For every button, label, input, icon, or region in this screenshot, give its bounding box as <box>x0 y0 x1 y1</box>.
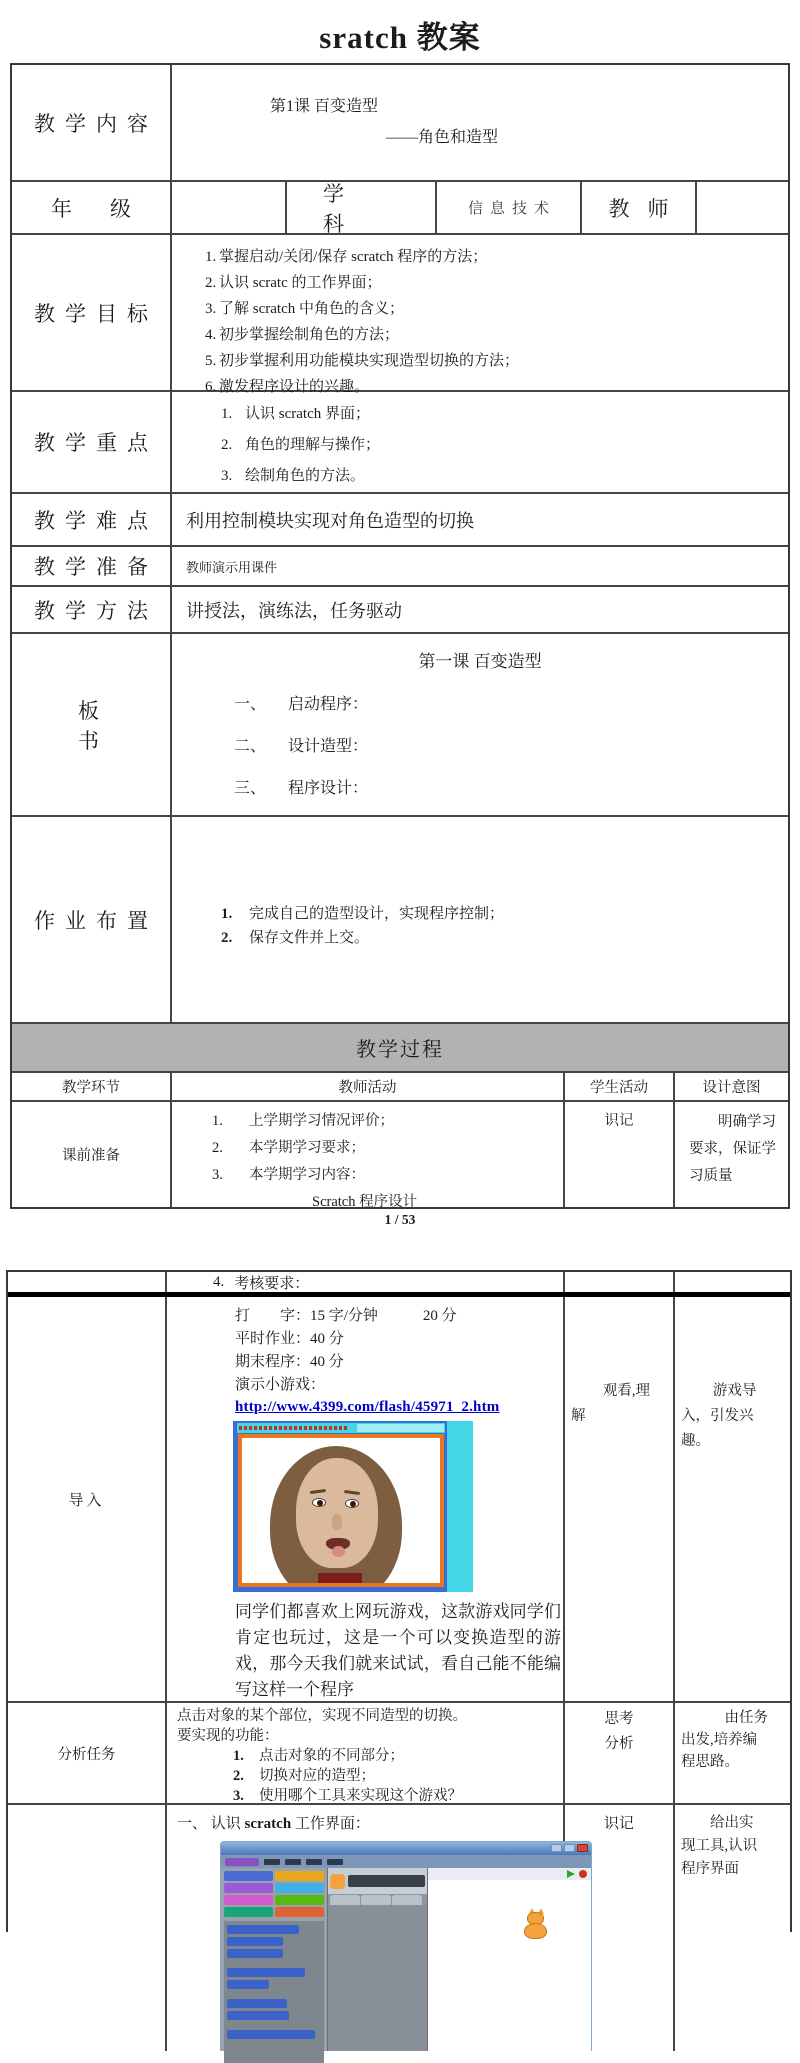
item-number: 2. <box>221 430 245 461</box>
editor-tabs <box>328 1894 427 1905</box>
tab-costumes <box>361 1895 391 1905</box>
item-text: 认识 scratch 界面； <box>245 399 370 430</box>
item-text: 切换对应的造型； <box>259 1766 375 1786</box>
eye <box>312 1498 326 1507</box>
game-screenshot <box>233 1421 473 1592</box>
row-objectives: 教学目标 1.掌握启动/关闭/保存 scratch 程序的方法； 2.认识 sc… <box>12 233 788 390</box>
intro-paragraph: 同学们都喜欢上网玩游戏，这款游戏同学们肯定也玩过，这是一个可以变换造型的游戏，那… <box>235 1599 561 1703</box>
item-text: 使用哪个工具来实现这个游戏？ <box>259 1786 462 1806</box>
stage-name: 课前准备 <box>12 1102 172 1207</box>
game-caption-text <box>239 1426 347 1430</box>
header-student-activity: 学生活动 <box>565 1073 675 1100</box>
list-item: 2.保存文件并上交。 <box>172 926 788 950</box>
nose <box>332 1514 342 1530</box>
score-line: 打 字：15 字/分钟 20 分 <box>235 1305 563 1328</box>
pupil <box>350 1501 356 1507</box>
row-homework: 作业布置 1.完成自己的造型设计，实现程序控制； 2.保存文件并上交。 <box>12 815 788 1022</box>
list-item: 2.角色的理解与操作； <box>172 430 788 461</box>
scratch-cat-sprite <box>524 1910 550 1932</box>
item-text: 初步掌握利用功能模块实现造型切换的方法； <box>219 348 519 374</box>
stage-name: 导入 <box>8 1297 167 1701</box>
method-text: 讲授法，演练法，任务驱动 <box>172 587 788 632</box>
exam-requirements-text: 考核要求： <box>234 1272 309 1293</box>
item-number: 2. <box>172 1135 249 1162</box>
pupil <box>317 1500 323 1506</box>
item-number: 2. <box>172 270 219 296</box>
block-category-panel <box>221 1868 327 1932</box>
row-meta: 年级 学科 信息技术 教师 <box>12 180 788 233</box>
game-border-strip <box>447 1421 473 1592</box>
scratch-window-screenshot <box>220 1841 592 1932</box>
student-activity: 观看,理 解 <box>565 1379 673 1429</box>
category-sensing <box>275 1883 324 1893</box>
script-panel <box>327 1868 427 1932</box>
item-number: 1. <box>172 1108 249 1135</box>
category-pen <box>224 1907 273 1917</box>
item-text: 程序设计： <box>288 775 368 798</box>
item-text: 上学期学习情况评价； <box>249 1108 394 1135</box>
list-item: 二、设计造型： <box>172 733 788 756</box>
item-text: 设计造型： <box>288 733 368 756</box>
list-item: 3.了解 scratch 中角色的含义； <box>172 296 788 322</box>
shirt <box>318 1573 362 1583</box>
list-item: 1.认识 scratch 界面； <box>172 399 788 430</box>
process-header-row: 教学环节 教师活动 学生活动 设计意图 <box>12 1071 788 1100</box>
item-number: 1. <box>221 399 245 430</box>
item-number: 2. <box>233 1766 259 1786</box>
label-difficulty: 教学难点 <box>12 494 172 545</box>
label-homework: 作业布置 <box>12 817 172 1022</box>
item-number: 3. <box>172 296 219 322</box>
heading-pre: 一、 认识 <box>177 1816 245 1832</box>
sprite-info-bar <box>328 1868 427 1894</box>
label-teaching-content: 教学内容 <box>12 65 172 180</box>
tongue <box>332 1546 345 1557</box>
row-method: 教学方法 讲授法，演练法，任务驱动 <box>12 585 788 632</box>
item-number: 1. <box>233 1746 259 1766</box>
page-number: 1 / 53 <box>0 1212 800 1228</box>
row-difficulty: 教学难点 利用控制模块实现对角色造型的切换 <box>12 492 788 545</box>
row-pre-class: 课前准备 1.上学期学习情况评价； 2.本学期学习要求； 3.本学期学习内容： … <box>12 1100 788 1207</box>
tab-sounds <box>392 1895 422 1905</box>
category-variables <box>275 1907 324 1917</box>
student-activity: 思考 分析 <box>565 1703 675 1803</box>
close-icon <box>577 1844 588 1852</box>
board-title: 第一课 百变造型 <box>172 647 788 672</box>
item-text: 保存文件并上交。 <box>249 926 369 950</box>
menu-bar <box>221 1855 591 1868</box>
header-design-intent: 设计意图 <box>675 1073 788 1100</box>
difficulty-text: 利用控制模块实现对角色造型的切换 <box>172 494 788 545</box>
row-keypoints: 教学重点 1.认识 scratch 界面； 2.角色的理解与操作； 3.绘制角色… <box>12 390 788 492</box>
score-line: 平时作业：40 分 <box>235 1328 563 1351</box>
script-area <box>328 1905 427 1932</box>
label-method: 教学方法 <box>12 587 172 632</box>
process-banner: 教学过程 <box>12 1022 788 1071</box>
header-teacher-activity: 教师活动 <box>172 1073 565 1100</box>
item-text: 启动程序： <box>288 691 368 714</box>
item-number: 二、 <box>234 733 288 756</box>
item-number: 4. <box>172 322 219 348</box>
row-intro: 导入 打 字：15 字/分钟 20 分 平时作业：40 分 期末程序：40 分 … <box>8 1297 790 1701</box>
sprite-thumbnail <box>330 1874 345 1889</box>
game-url-link[interactable]: http://www.4399.com/flash/45971_2.htm <box>235 1399 500 1416</box>
student-activity: 识记 <box>565 1102 675 1207</box>
stage-panel <box>427 1868 591 1932</box>
item-text: 完成自己的造型设计，实现程序控制； <box>249 902 504 926</box>
row-exam-requirements: 4.考核要求： <box>8 1272 790 1297</box>
maximize-icon <box>564 1844 575 1852</box>
row-preparation: 教学准备 教师演示用课件 <box>12 545 788 585</box>
item-text: 点击对象的不同部分； <box>259 1746 404 1766</box>
tab-scripts <box>330 1895 360 1905</box>
task-line1: 点击对象的某个部位，实现不同造型的切换。 <box>177 1706 555 1726</box>
game-caption-highlight <box>357 1424 444 1432</box>
lesson-title-line2: ——角色和造型 <box>386 124 788 147</box>
item-number: 5. <box>172 348 219 374</box>
category-looks <box>224 1883 273 1893</box>
game-frame <box>238 1434 444 1587</box>
item-number: 1. <box>172 244 219 270</box>
stage-name: 分析任务 <box>8 1703 167 1803</box>
item-number: 3. <box>172 1162 249 1189</box>
list-item: 1.点击对象的不同部分； <box>177 1746 555 1766</box>
subject-label: 学科 <box>287 182 437 233</box>
row-teaching-content: 教学内容 第1课 百变造型 ——角色和造型 <box>12 65 788 180</box>
score-line: 期末程序：40 分 <box>235 1351 563 1374</box>
menu-item <box>306 1859 322 1865</box>
list-item: 3.绘制角色的方法。 <box>172 461 788 492</box>
page-title: sratch 教案 <box>0 12 800 57</box>
list-item: 三、程序设计： <box>172 775 788 798</box>
preparation-text: 教师演示用课件 <box>172 547 788 585</box>
section-heading: 一、 认识 scratch 工作界面： <box>177 1812 563 1833</box>
grade-label: 年级 <box>12 182 172 233</box>
label-board: 板书 <box>12 634 172 815</box>
label-keypoints: 教学重点 <box>12 392 172 492</box>
design-intent: 给出实 现工具,认识 程序界面 <box>675 1805 790 1932</box>
list-item: 2.切换对应的造型； <box>177 1766 555 1786</box>
item-text: 角色的理解与操作； <box>245 430 380 461</box>
stage-toolbar <box>428 1868 591 1880</box>
list-item: 3.使用哪个工具来实现这个游戏？ <box>177 1786 555 1806</box>
item-text: 初步掌握绘制角色的方法； <box>219 322 399 348</box>
window-titlebar <box>221 1842 591 1855</box>
item-number: 2. <box>221 926 249 950</box>
code-block <box>227 1925 299 1932</box>
design-intent: 由任务 出发,培养编 程思路。 <box>675 1703 790 1803</box>
item-text: 了解 scratch 中角色的含义； <box>219 296 404 322</box>
menu-item <box>327 1859 343 1865</box>
list-item: 1.完成自己的造型设计，实现程序控制； <box>172 902 788 926</box>
menu-item <box>285 1859 301 1865</box>
process-table-page2: 4.考核要求： 导入 打 字：15 字/分钟 20 分 平时作业：40 分 期末… <box>6 1270 792 1932</box>
teacher-value <box>697 182 788 233</box>
category-operators <box>275 1895 324 1905</box>
green-flag-icon <box>567 1870 575 1878</box>
list-item: 4.初步掌握绘制角色的方法； <box>172 322 788 348</box>
heading-bold: scratch <box>245 1816 292 1832</box>
task-line2: 要实现的功能： <box>177 1726 555 1746</box>
item-text: 掌握启动/关闭/保存 scratch 程序的方法； <box>219 244 487 270</box>
sprite-name-box <box>348 1875 425 1887</box>
design-intent: 游戏导 入，引发兴 趣。 <box>675 1379 790 1454</box>
grade-value <box>172 182 287 233</box>
list-item: 1.掌握启动/关闭/保存 scratch 程序的方法； <box>172 244 788 270</box>
design-intent: 明确学习 要求，保证学 习质量 <box>681 1102 782 1190</box>
score-line: 演示小游戏： <box>235 1374 563 1397</box>
label-objectives: 教学目标 <box>12 235 172 390</box>
category-motion <box>224 1871 273 1881</box>
header-stage: 教学环节 <box>12 1073 172 1100</box>
item-number: 3. <box>221 461 245 492</box>
item-text: 绘制角色的方法。 <box>245 461 365 492</box>
item-number: 三、 <box>234 775 288 798</box>
item-number: 一、 <box>234 691 288 714</box>
category-sound <box>224 1895 273 1905</box>
list-item: 2.本学期学习要求； <box>172 1135 563 1162</box>
row-task-analysis: 分析任务 点击对象的某个部位，实现不同造型的切换。 要实现的功能： 1.点击对象… <box>8 1701 790 1803</box>
category-control <box>275 1871 324 1881</box>
scratch-logo <box>225 1858 259 1866</box>
list-item: 3.本学期学习内容： <box>172 1162 563 1189</box>
label-preparation: 教学准备 <box>12 547 172 585</box>
item-text: 本学期学习要求； <box>249 1135 365 1162</box>
lesson-title-line1: 第1课 百变造型 <box>270 93 788 116</box>
item-text: 本学期学习内容： <box>249 1162 365 1189</box>
subject-value: 信息技术 <box>437 182 582 233</box>
block-palette <box>224 1921 324 1932</box>
list-item: 一、启动程序： <box>172 691 788 714</box>
stop-icon <box>579 1870 587 1878</box>
teacher-label: 教师 <box>582 182 697 233</box>
item-number: 1. <box>221 902 249 926</box>
item-text: 认识 scratc 的工作界面； <box>219 270 381 296</box>
list-item: 1.上学期学习情况评价； <box>172 1108 563 1135</box>
item-number: 4. <box>213 1274 234 1291</box>
lesson-plan-table: 教学内容 第1课 百变造型 ——角色和造型 年级 学科 信息技术 教师 教学目标… <box>10 63 790 1209</box>
menu-item <box>264 1859 280 1865</box>
game-caption-bar <box>237 1423 445 1433</box>
row-scratch-interface: 一、 认识 scratch 工作界面： <box>8 1803 790 1932</box>
minimize-icon <box>551 1844 562 1852</box>
heading-post: 工作界面： <box>291 1816 370 1832</box>
row-board-writing: 板书 第一课 百变造型 一、启动程序： 二、设计造型： 三、程序设计： <box>12 632 788 815</box>
cat-body <box>524 1923 547 1932</box>
item-number: 3. <box>233 1786 259 1806</box>
list-item: 5.初步掌握利用功能模块实现造型切换的方法； <box>172 348 788 374</box>
eye <box>345 1499 359 1508</box>
list-item: 2.认识 scratc 的工作界面； <box>172 270 788 296</box>
